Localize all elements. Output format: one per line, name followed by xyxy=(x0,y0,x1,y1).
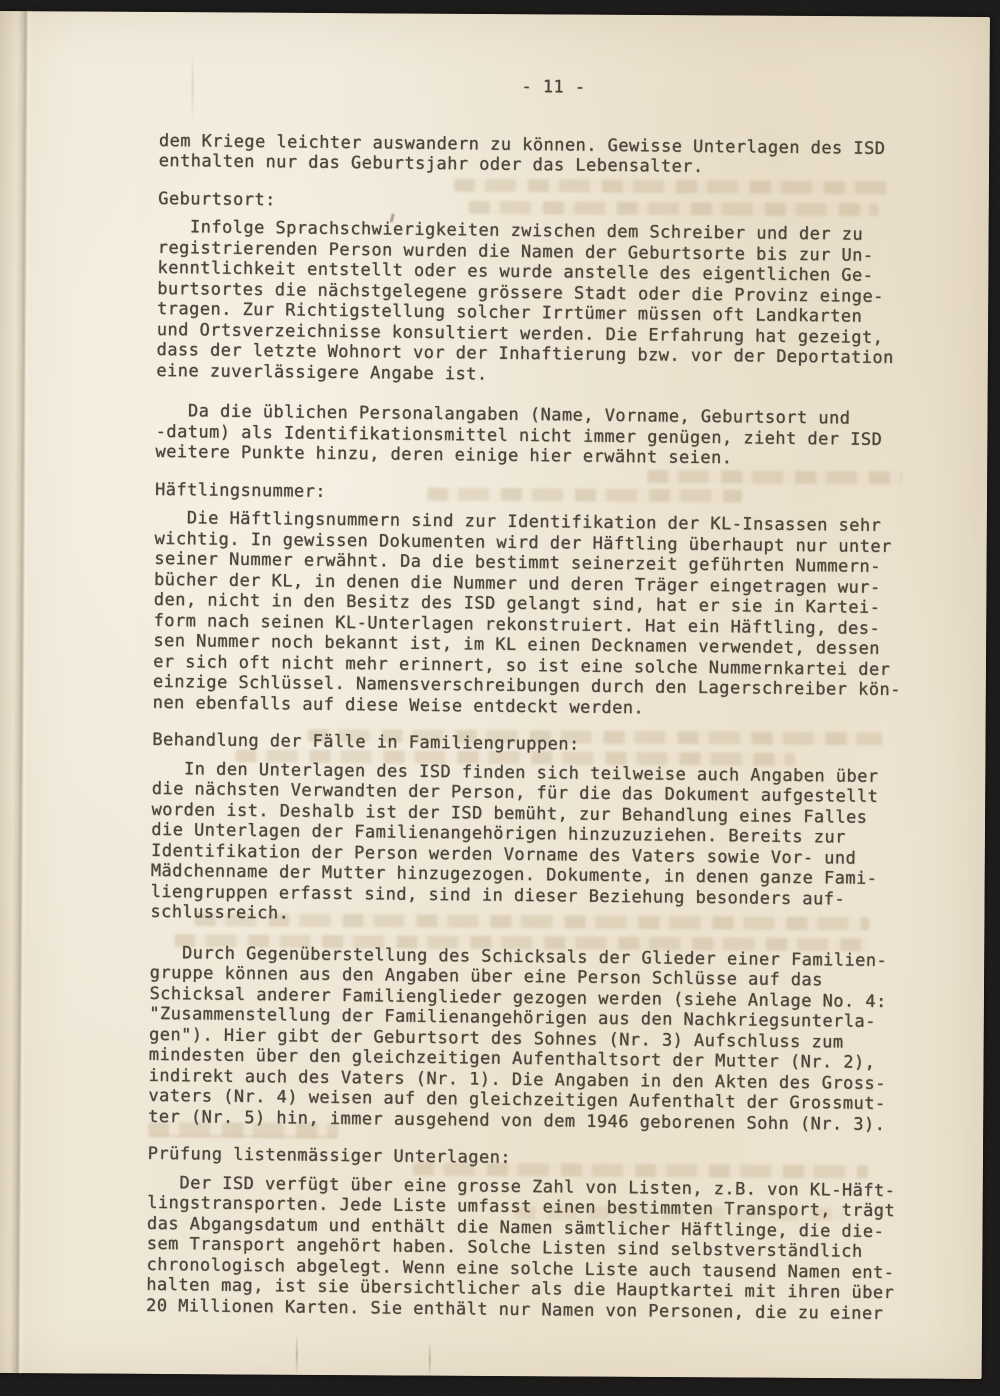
text-flow: dem Kriege leichter auswandern zu können… xyxy=(146,130,959,1324)
section-heading: Häftlingsnummer: xyxy=(155,479,955,508)
body-paragraph: Infolge Sprachschwierigkeiten zwischen d… xyxy=(156,217,958,390)
body-paragraph: dem Kriege leichter auswandern zu können… xyxy=(159,130,959,180)
scanned-document-screenshot: { "page": { "number_label": "- 11 -", "b… xyxy=(0,0,1000,1396)
page-number: - 11 - xyxy=(173,73,933,102)
body-paragraph: Die Häftlingsnummern sind zur Identifika… xyxy=(153,508,955,722)
typed-text-area: - 11 - dem Kriege leichter auswandern zu… xyxy=(146,73,960,1345)
section-heading: Geburtsort: xyxy=(158,188,958,217)
body-paragraph: Durch Gegenüberstellung des Schicksals d… xyxy=(148,942,950,1135)
paper-crease-line xyxy=(296,1333,298,1377)
body-paragraph: Der ISD verfügt über eine grosse Zahl vo… xyxy=(146,1172,948,1324)
section-heading: Behandlung der Fälle in Familiengruppen: xyxy=(152,730,952,759)
paper-crease-line xyxy=(429,1342,431,1378)
body-paragraph: Da die üblichen Personalangaben (Name, V… xyxy=(155,401,956,471)
section-heading: Prüfung listenmässiger Unterlagen: xyxy=(148,1144,948,1173)
body-paragraph: In den Unterlagen des ISD finden sich te… xyxy=(150,758,952,931)
document-page: - 11 - dem Kriege leichter auswandern zu… xyxy=(0,11,990,1379)
